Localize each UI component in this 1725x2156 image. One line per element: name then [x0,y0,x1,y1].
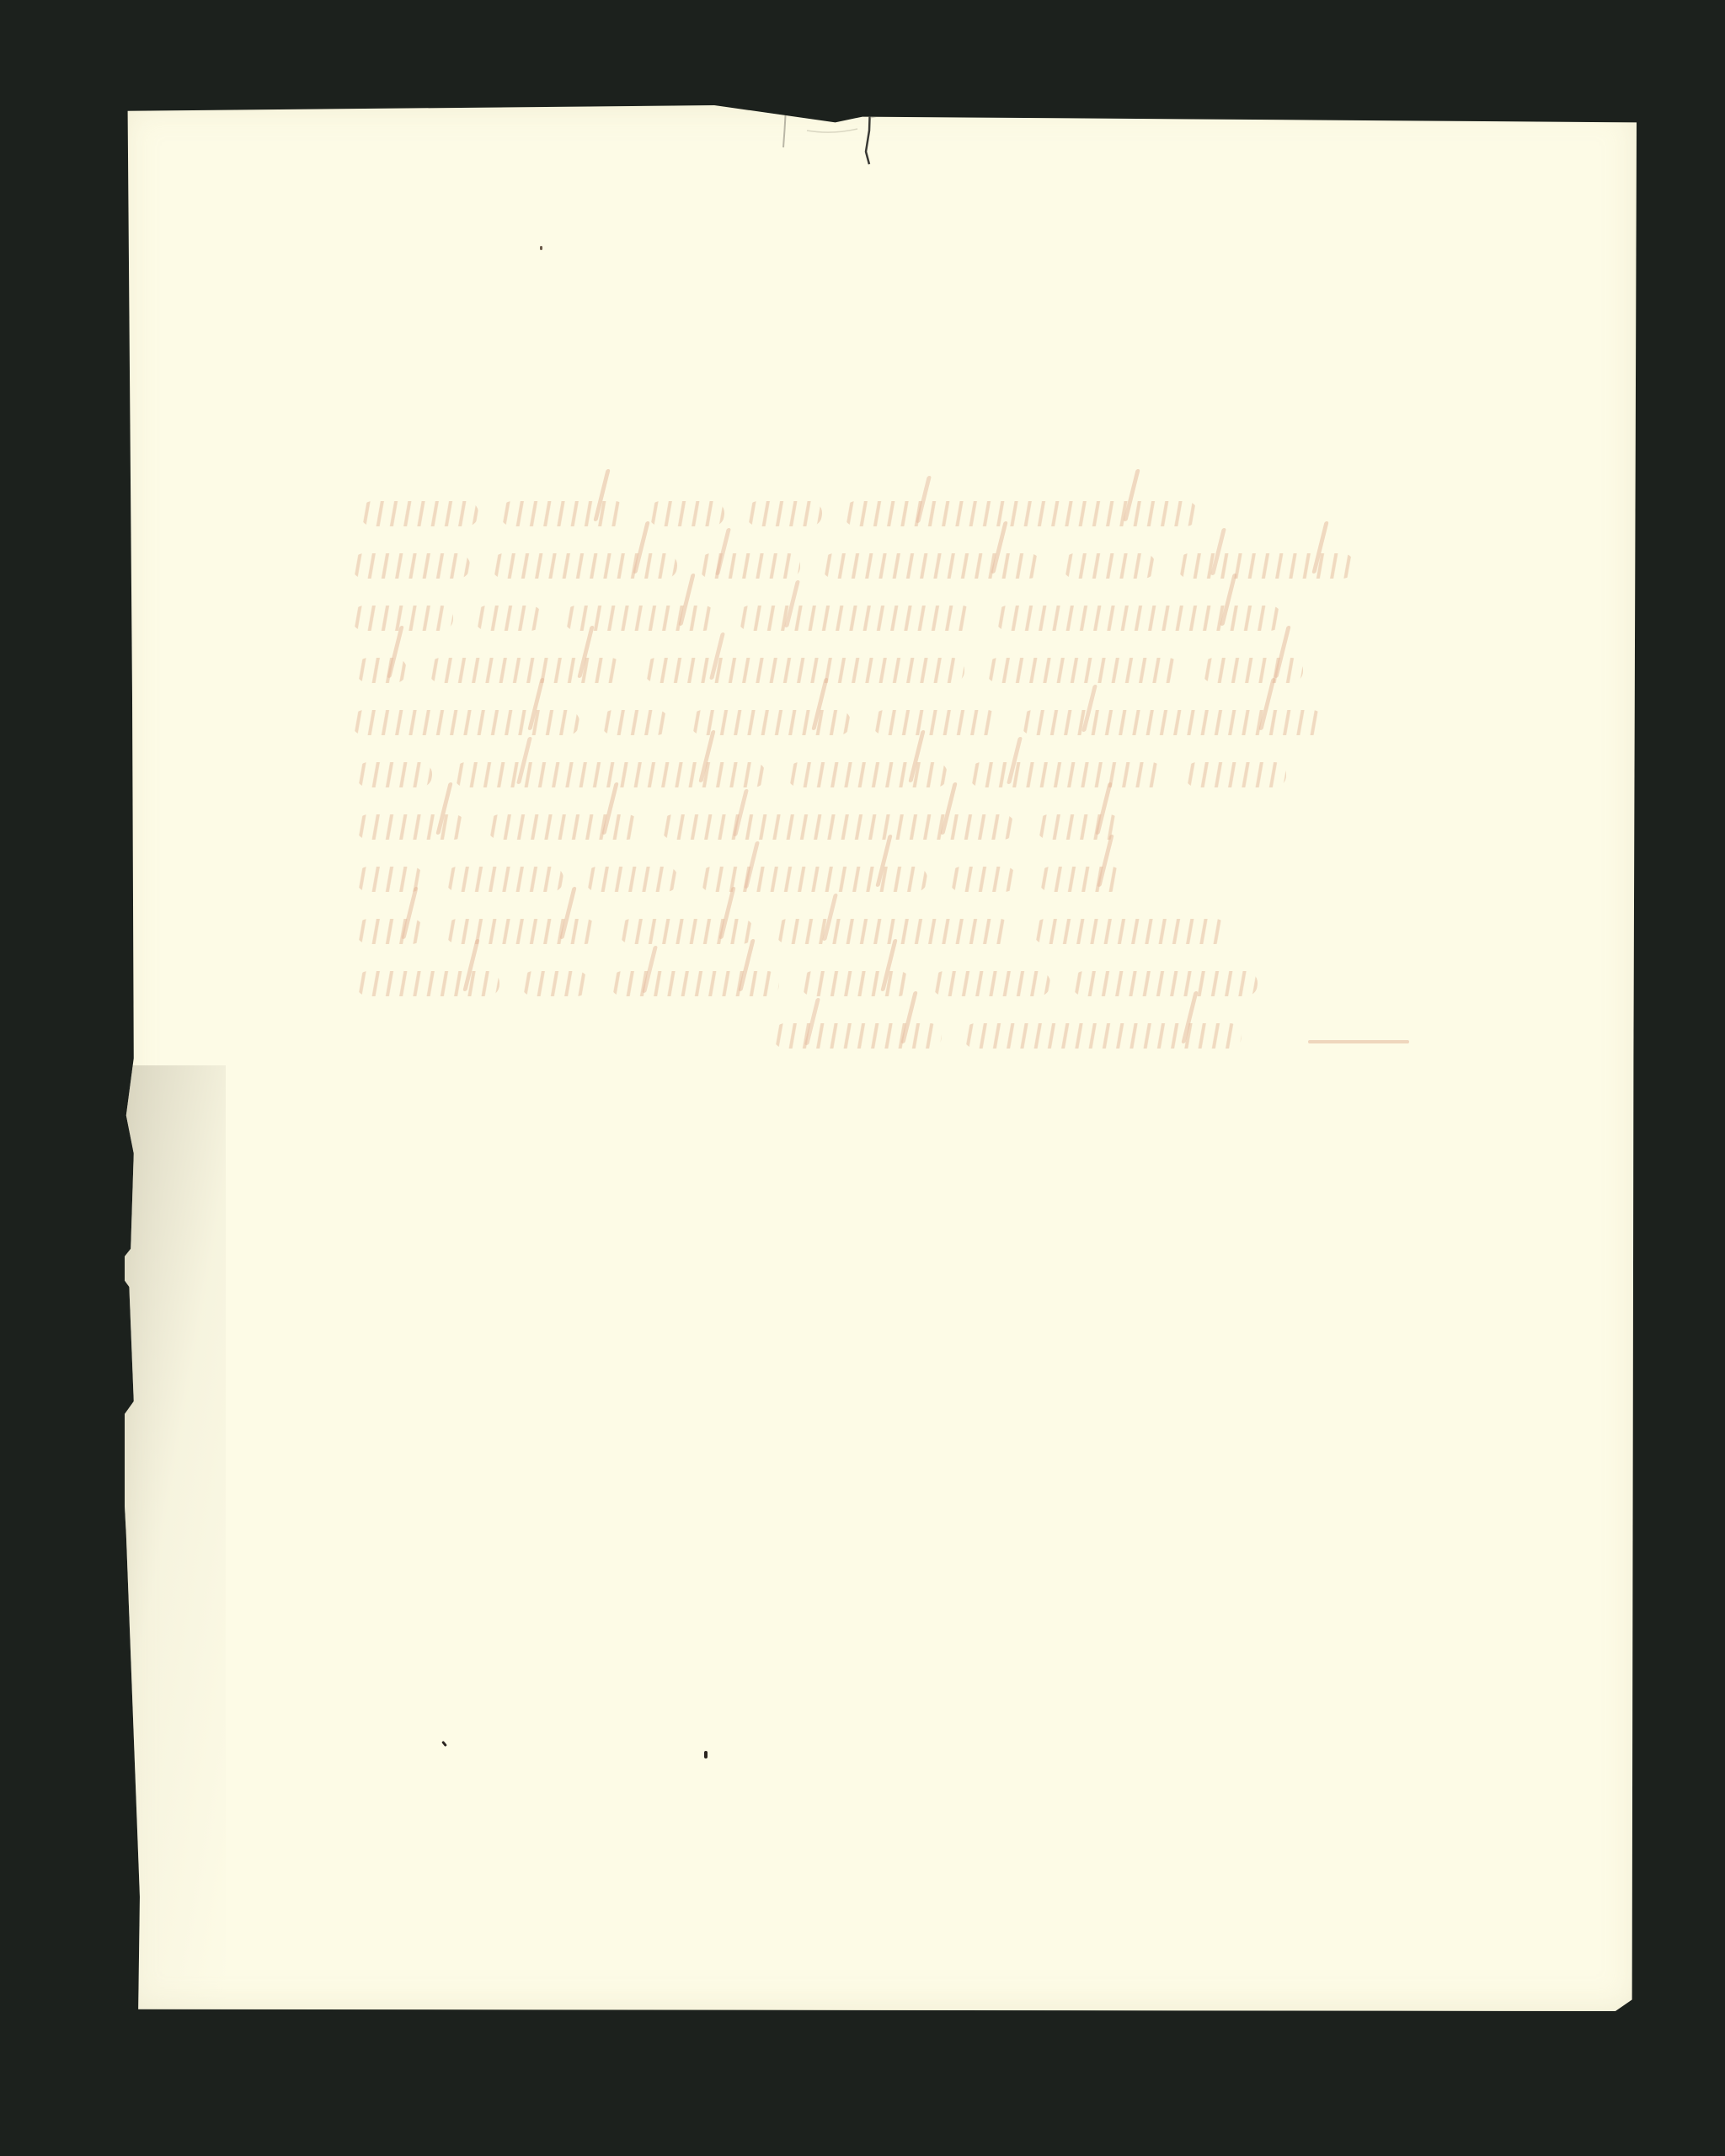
handwriting-line-2 [352,520,1354,579]
folded-corner-shadow [125,1065,226,2009]
manuscript-page: 11 Faint mirrored bleed-through of handw… [125,105,1637,2011]
handwriting-line-11 [773,990,1242,1049]
ink-speck [540,246,542,250]
ink-speck [441,1741,447,1747]
handwriting-line-4 [356,624,1303,683]
handwriting-line-7 [356,781,1121,840]
handwriting-line-8 [356,833,1123,892]
handwriting-line-9 [356,885,1227,944]
handwriting-underline [1308,1040,1409,1043]
ink-speck [704,1751,708,1758]
handwriting-line-5 [352,676,1324,735]
handwriting-line-1 [360,467,1198,526]
handwriting-line-6 [356,728,1286,787]
handwriting-line-10 [356,937,1258,996]
handwriting-line-3 [352,572,1282,631]
bleed-description: Faint mirrored bleed-through of handwrit… [217,467,218,468]
bleed-line-count: 11 [217,467,218,468]
